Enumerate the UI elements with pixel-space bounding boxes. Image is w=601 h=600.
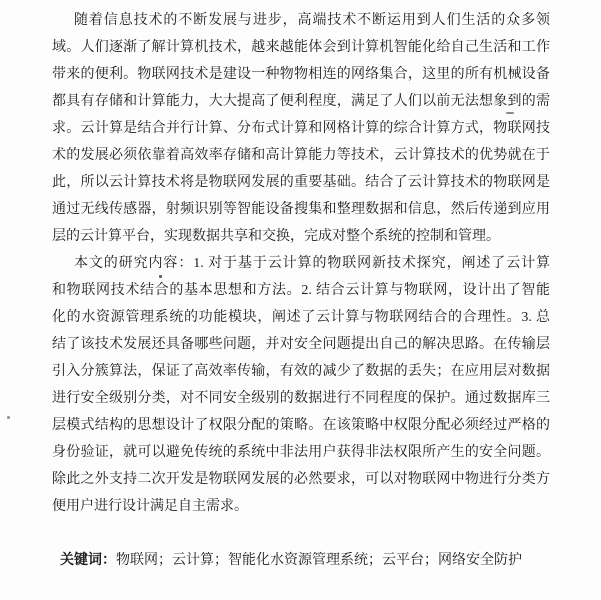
text-line: 便用户进行设计满足自主需求。 <box>52 493 550 520</box>
text-line: 本文的研究内容：1. 对于基于云计算的物联网新技术探究，阐述了云计算 <box>52 250 550 277</box>
text-line: 随着信息技术的不断发展与进步，高端技术不断运用到人们生活的众多领 <box>52 7 550 34</box>
text-line: 结了该技术发展还具备哪些问题，并对安全问题提出自己的解决思路。在传输层 <box>52 331 550 358</box>
text-line: 身份验证，就可以避免传统的系统中非法用户获得非法权限所产生的安全问题。 <box>52 439 550 466</box>
paragraph-2: 本文的研究内容：1. 对于基于云计算的物联网新技术探究，阐述了云计算 和物联网技… <box>52 250 550 520</box>
scan-speck <box>159 275 162 278</box>
keywords-text: 物联网；云计算；智能化水资源管理系统；云平台；网络安全防护 <box>116 553 522 568</box>
keywords-label: 关键词： <box>60 553 116 568</box>
keywords-line: 关键词：物联网；云计算；智能化水资源管理系统；云平台；网络安全防护 <box>52 547 550 574</box>
text-line: 层模式结构的思想设计了权限分配的策略。在该策略中权限分配必须经过严格的 <box>52 412 550 439</box>
text-line: 通过无线传感器，射频识别等智能设备搜集和整理数据和信息，然后传递到应用 <box>52 196 550 223</box>
text-line: 层的云计算平台，实现数据共享和交换，完成对整个系统的控制和管理。 <box>52 223 550 250</box>
text-line: 和物联网技术结合的基本思想和方法。2. 结合云计算与物联网，设计出了智能 <box>52 277 550 304</box>
text-line: 进行安全级别分类，对不同安全级别的数据进行不同程度的保护。通过数据库三 <box>52 385 550 412</box>
scan-speck <box>506 112 514 114</box>
text-line: 除此之外支持二次开发是物联网发展的必然要求，可以对物联网中物进行分类方 <box>52 466 550 493</box>
paragraph-1: 随着信息技术的不断发展与进步，高端技术不断运用到人们生活的众多领 域。人们逐渐了… <box>52 7 550 250</box>
scan-speck <box>7 416 10 419</box>
text-line: 域。人们逐渐了解计算机技术，越来越能体会到计算机智能化给自己生活和工作 <box>52 34 550 61</box>
document-page: 随着信息技术的不断发展与进步，高端技术不断运用到人们生活的众多领 域。人们逐渐了… <box>0 0 601 600</box>
text-line: 化的水资源管理系统的功能模块，阐述了云计算与物联网结合的合理性。3. 总 <box>52 304 550 331</box>
text-line: 带来的便利。物联网技术是建设一种物物相连的网络集合，这里的所有机械设备 <box>52 61 550 88</box>
text-line: 术的发展必须依靠着高效率存储和高计算能力等技术，云计算技术的优势就在于 <box>52 142 550 169</box>
abstract-text: 随着信息技术的不断发展与进步，高端技术不断运用到人们生活的众多领 域。人们逐渐了… <box>52 7 550 574</box>
text-line: 引入分簇算法，保证了高效率传输，有效的减少了数据的丢失；在应用层对数据 <box>52 358 550 385</box>
text-line: 此，所以云计算技术将是物联网发展的重要基础。结合了云计算技术的物联网是 <box>52 169 550 196</box>
text-line: 求。云计算是结合并行计算、分布式计算和网格计算的综合计算方式，物联网技 <box>52 115 550 142</box>
text-line: 都具有存储和计算能力，大大提高了便利程度，满足了人们以前无法想象到的需 <box>52 88 550 115</box>
